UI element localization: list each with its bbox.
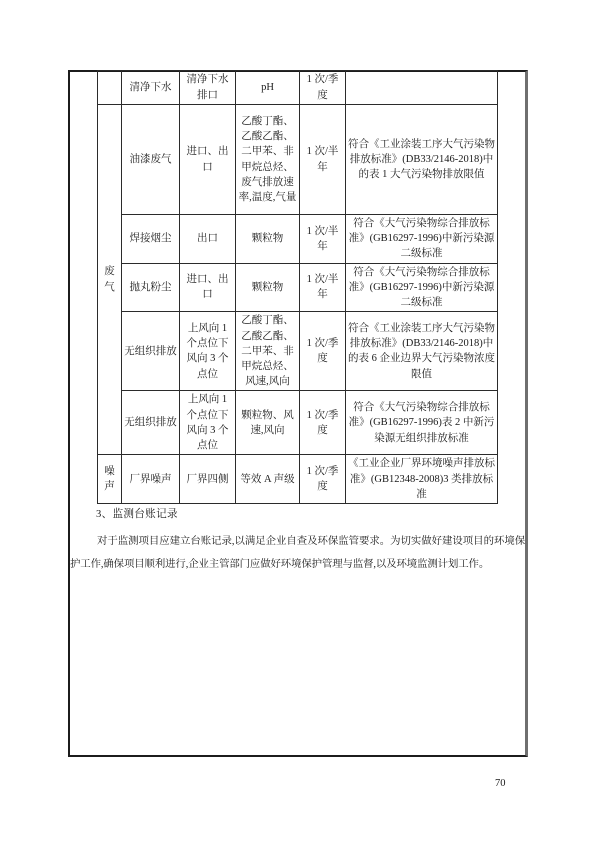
- cell-standard: 《工业企业厂界环境噪声排放标准》(GB12348-2008)3 类排放标准: [346, 455, 498, 504]
- cell-frequency: 1 次/半年: [300, 105, 346, 215]
- cell-item: 无组织排放: [122, 391, 180, 455]
- cell-parameter: pH: [236, 71, 300, 105]
- table-row: 废气 油漆废气 进口、出口 乙酸丁酯、乙酸乙酯、二甲苯、非甲烷总烃、废气排放速率…: [98, 105, 498, 215]
- cell-standard: 符合《工业涂装工序大气污染物排放标准》(DB33/2146-2018)中的表 6…: [346, 312, 498, 391]
- cell-standard: 符合《工业涂装工序大气污染物排放标准》(DB33/2146-2018)中的表 1…: [346, 105, 498, 215]
- cell-item: 清净下水: [122, 71, 180, 105]
- table-row: 无组织排放 上风向 1 个点位下风向 3 个点位 乙酸丁酯、乙酸乙酯、二甲苯、非…: [98, 312, 498, 391]
- cell-frequency: 1 次/季度: [300, 312, 346, 391]
- cell-frequency: 1 次/季度: [300, 391, 346, 455]
- section-heading: 3、监测台账记录: [70, 506, 525, 521]
- cell-item: 焊接烟尘: [122, 215, 180, 264]
- cell-parameter: 等效 A 声级: [236, 455, 300, 504]
- cell-parameter: 颗粒物: [236, 215, 300, 264]
- document-page: 清净下水 清净下水排口 pH 1 次/季度 废气 油漆废气 进口、出口 乙酸丁酯…: [0, 0, 595, 841]
- cell-parameter: 颗粒物、风速,风向: [236, 391, 300, 455]
- notes-section: 3、监测台账记录 对于监测项目应建立台账记录,以满足企业自查及环保监管要求。为切…: [70, 506, 525, 576]
- table-row: 抛丸粉尘 进口、出口 颗粒物 1 次/半年 符合《大气污染物综合排放标准》(GB…: [98, 263, 498, 312]
- cell-location: 清净下水排口: [180, 71, 236, 105]
- cell-frequency: 1 次/半年: [300, 263, 346, 312]
- cell-parameter: 颗粒物: [236, 263, 300, 312]
- monitoring-table: 清净下水 清净下水排口 pH 1 次/季度 废气 油漆废气 进口、出口 乙酸丁酯…: [97, 70, 498, 504]
- cell-frequency: 1 次/季度: [300, 455, 346, 504]
- cell-category-noise: 噪声: [98, 455, 122, 504]
- cell-parameter: 乙酸丁酯、乙酸乙酯、二甲苯、非甲烷总烃、风速,风向: [236, 312, 300, 391]
- table-row: 焊接烟尘 出口 颗粒物 1 次/半年 符合《大气污染物综合排放标准》(GB162…: [98, 215, 498, 264]
- cell-item: 油漆废气: [122, 105, 180, 215]
- cell-parameter: 乙酸丁酯、乙酸乙酯、二甲苯、非甲烷总烃、废气排放速率,温度,气量: [236, 105, 300, 215]
- cell-category: [98, 71, 122, 105]
- table-row: 清净下水 清净下水排口 pH 1 次/季度: [98, 71, 498, 105]
- cell-standard: 符合《大气污染物综合排放标准》(GB16297-1996)中新污染源二级标准: [346, 215, 498, 264]
- cell-standard: 符合《大气污染物综合排放标准》(GB16297-1996)表 2 中新污染源无组…: [346, 391, 498, 455]
- cell-standard: [346, 71, 498, 105]
- cell-location: 上风向 1 个点位下风向 3 个点位: [180, 312, 236, 391]
- cell-frequency: 1 次/季度: [300, 71, 346, 105]
- cell-category-waste-gas: 废气: [98, 105, 122, 455]
- cell-item: 厂界噪声: [122, 455, 180, 504]
- cell-frequency: 1 次/半年: [300, 215, 346, 264]
- cell-location: 进口、出口: [180, 263, 236, 312]
- page-number: 70: [495, 778, 506, 789]
- table-row: 噪声 厂界噪声 厂界四侧 等效 A 声级 1 次/季度 《工业企业厂界环境噪声排…: [98, 455, 498, 504]
- cell-location: 厂界四侧: [180, 455, 236, 504]
- cell-location: 进口、出口: [180, 105, 236, 215]
- section-paragraph: 对于监测项目应建立台账记录,以满足企业自查及环保监管要求。为切实做好建设项目的环…: [70, 531, 525, 576]
- cell-location: 出口: [180, 215, 236, 264]
- table-row: 无组织排放 上风向 1 个点位下风向 3 个点位 颗粒物、风速,风向 1 次/季…: [98, 391, 498, 455]
- cell-location: 上风向 1 个点位下风向 3 个点位: [180, 391, 236, 455]
- cell-standard: 符合《大气污染物综合排放标准》(GB16297-1996)中新污染源二级标准: [346, 263, 498, 312]
- cell-item: 抛丸粉尘: [122, 263, 180, 312]
- cell-item: 无组织排放: [122, 312, 180, 391]
